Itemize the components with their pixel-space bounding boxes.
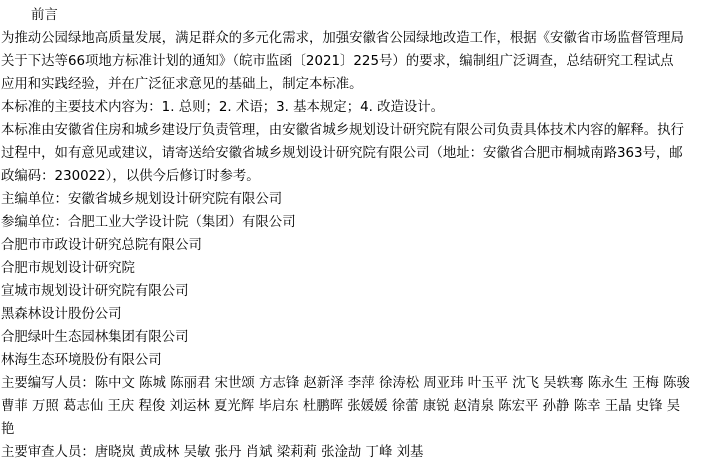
participating-unit-4: 宣城市规划设计研究院有限公司 bbox=[1, 280, 188, 303]
management-paragraph-line-1: 本标准由安徽省住房和城乡建设厅负责管理，由安徽省城乡规划设计研究院有限公司负责具… bbox=[1, 119, 684, 142]
main-drafters-line-3: 艳 bbox=[1, 418, 14, 441]
main-reviewers: 主要审查人员：唐晓岚 黄成林 吴敏 张丹 肖斌 梁莉莉 张淦劼 丁峰 刘基 bbox=[1, 441, 423, 458]
document-page: 前言 为推动公园绿地高质量发展，满足群众的多元化需求，加强安徽省公园绿地改造工作… bbox=[0, 0, 718, 458]
chief-editor-unit: 主编单位：安徽省城乡规划设计研究院有限公司 bbox=[1, 188, 282, 211]
main-drafters-line-2: 曹菲 万照 葛志仙 王庆 程俊 刘运林 夏光辉 毕启东 杜鹏晖 张媛媛 徐蕾 康… bbox=[1, 395, 680, 418]
participating-unit-3: 合肥市规划设计研究院 bbox=[1, 257, 135, 280]
main-drafters-line-1: 主要编写人员：陈中文 陈城 陈丽君 宋世颂 方志锋 赵新泽 李萍 徐涛松 周亚玮… bbox=[1, 372, 690, 395]
management-paragraph-line-3: 政编码：230022），以供今后修订时参考。 bbox=[1, 165, 260, 188]
participating-unit-7: 林海生态环境股份有限公司 bbox=[1, 349, 162, 372]
participating-unit-2: 合肥市市政设计研究总院有限公司 bbox=[1, 234, 202, 257]
participating-unit-5: 黑森林设计股份公司 bbox=[1, 303, 122, 326]
preface-paragraph-1-line-3: 应用和实践经验，并在广泛征求意见的基础上，制定本标准。 bbox=[1, 73, 363, 96]
participating-unit-1: 参编单位：合肥工业大学设计院（集团）有限公司 bbox=[1, 211, 296, 234]
management-paragraph-line-2: 过程中，如有意见或建议，请寄送给安徽省城乡规划设计研究院有限公司（地址：安徽省合… bbox=[1, 142, 683, 165]
document-title: 前言 bbox=[31, 4, 58, 27]
technical-content-line: 本标准的主要技术内容为：1. 总则；2. 术语；3. 基本规定；4. 改造设计。 bbox=[1, 96, 444, 119]
preface-paragraph-1-line-1: 为推动公园绿地高质量发展，满足群众的多元化需求，加强安徽省公园绿地改造工作，根据… bbox=[1, 27, 684, 50]
participating-unit-6: 合肥绿叶生态园林集团有限公司 bbox=[1, 326, 188, 349]
preface-paragraph-1-line-2: 关于下达等66项地方标准计划的通知》（皖市监函〔2021〕225号）的要求，编制… bbox=[1, 50, 674, 73]
